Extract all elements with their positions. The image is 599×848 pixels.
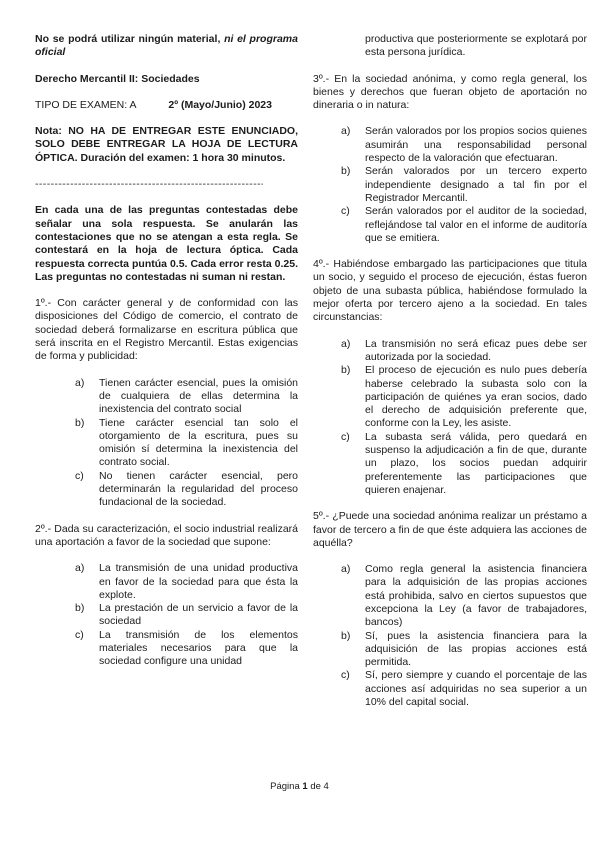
option-text: No tienen carácter esencial, pero determ… bbox=[99, 470, 298, 510]
option-text: Tienen carácter esencial, pues la omisió… bbox=[99, 377, 298, 417]
option-row: b)El proceso de ejecución es nulo pues d… bbox=[341, 364, 587, 430]
left-column: No se podrá utilizar ningún material, ni… bbox=[35, 33, 298, 722]
option-row: b)Serán valorados por un tercero experto… bbox=[341, 165, 587, 205]
option-row: b)Sí, pues la asistencia financiera para… bbox=[341, 630, 587, 670]
question-5: 5º.- ¿Puede una sociedad anónima realiza… bbox=[313, 510, 587, 709]
option-label: b) bbox=[341, 364, 365, 430]
option-label: a) bbox=[341, 338, 365, 365]
option-row: a)Tienen carácter esencial, pues la omis… bbox=[75, 377, 298, 417]
option-row: c)No tienen carácter esencial, pero dete… bbox=[75, 470, 298, 510]
instructions-paragraph: En cada una de las preguntas contestadas… bbox=[35, 204, 298, 284]
option-text: El proceso de ejecución es nulo pues deb… bbox=[365, 364, 587, 430]
option-label: a) bbox=[341, 125, 365, 165]
question-2: 2º.- Dada su caracterización, el socio i… bbox=[35, 523, 298, 669]
option-row: a)Serán valorados por los propios socios… bbox=[341, 125, 587, 165]
option-label: c) bbox=[75, 629, 99, 669]
option-text: La subasta será válida, pero quedará en … bbox=[365, 431, 587, 497]
question-1: 1º.- Con carácter general y de conformid… bbox=[35, 297, 298, 509]
option-row: a)La transmisión no será eficaz pues deb… bbox=[341, 338, 587, 365]
question-3: 3º.- En la sociedad anónima, y como regl… bbox=[313, 73, 587, 246]
question-1-text: 1º.- Con carácter general y de conformid… bbox=[35, 297, 298, 363]
option-row: c)Sí, pero siempre y cuando el porcentaj… bbox=[341, 669, 587, 709]
question-2-option-c-continuation: productiva que posteriormente se explota… bbox=[313, 33, 587, 60]
course-title: Derecho Mercantil II: Sociedades bbox=[35, 73, 298, 86]
question-4-text: 4º.- Habiéndose embargado las participac… bbox=[313, 258, 587, 324]
option-row: b)Tiene carácter esencial tan solo el ot… bbox=[75, 417, 298, 470]
two-column-layout: No se podrá utilizar ningún material, ni… bbox=[0, 0, 599, 722]
option-row: b)La prestación de un servicio a favor d… bbox=[75, 602, 298, 629]
option-label: c) bbox=[341, 205, 365, 245]
exam-type-row: TIPO DE EXAMEN: A 2º (Mayo/Junio) 2023 bbox=[35, 99, 298, 112]
exam-note: Nota: NO HA DE ENTREGAR ESTE ENUNCIADO, … bbox=[35, 125, 298, 165]
question-3-number: 3º.- bbox=[313, 73, 329, 85]
option-text: Sí, pues la asistencia financiera para l… bbox=[365, 630, 587, 670]
question-3-options: a)Serán valorados por los propios socios… bbox=[313, 125, 587, 245]
option-text: Sí, pero siempre y cuando el porcentaje … bbox=[365, 669, 587, 709]
option-label: c) bbox=[341, 431, 365, 497]
footer-page-number: 1 bbox=[302, 781, 307, 792]
option-label: a) bbox=[341, 563, 365, 629]
option-label: b) bbox=[75, 602, 99, 629]
exam-page: No se podrá utilizar ningún material, ni… bbox=[0, 0, 599, 848]
option-row: c)La transmisión de los elementos materi… bbox=[75, 629, 298, 669]
option-text: La prestación de un servicio a favor de … bbox=[99, 602, 298, 629]
exam-type-label: TIPO DE EXAMEN: A bbox=[35, 99, 137, 112]
option-row: c)Serán valorados por el auditor de la s… bbox=[341, 205, 587, 245]
question-2-options: a)La transmisión de una unidad productiv… bbox=[35, 562, 298, 668]
option-text: Como regla general la asistencia financi… bbox=[365, 563, 587, 629]
option-label: a) bbox=[75, 562, 99, 602]
option-label: b) bbox=[341, 165, 365, 205]
option-text: La transmisión no será eficaz pues debe … bbox=[365, 338, 587, 365]
option-row: a)La transmisión de una unidad productiv… bbox=[75, 562, 298, 602]
question-5-options: a)Como regla general la asistencia finan… bbox=[313, 563, 587, 709]
option-label: c) bbox=[75, 470, 99, 510]
material-restriction-note: No se podrá utilizar ningún material, ni… bbox=[35, 33, 298, 60]
question-5-number: 5º.- bbox=[313, 510, 329, 522]
question-4-number: 4º.- bbox=[313, 258, 329, 270]
option-text: Serán valorados por un tercero experto i… bbox=[365, 165, 587, 205]
separator-line: ----------------------------------------… bbox=[35, 178, 263, 191]
exam-session: 2º (Mayo/Junio) 2023 bbox=[168, 99, 272, 112]
question-2-text: 2º.- Dada su caracterización, el socio i… bbox=[35, 523, 298, 550]
question-5-text: 5º.- ¿Puede una sociedad anónima realiza… bbox=[313, 510, 587, 550]
option-row: c)La subasta será válida, pero quedará e… bbox=[341, 431, 587, 497]
right-column: productiva que posteriormente se explota… bbox=[313, 33, 587, 722]
option-label: a) bbox=[75, 377, 99, 417]
question-1-options: a)Tienen carácter esencial, pues la omis… bbox=[35, 377, 298, 510]
question-4-options: a)La transmisión no será eficaz pues deb… bbox=[313, 338, 587, 498]
option-text: La transmisión de los elementos material… bbox=[99, 629, 298, 669]
option-text: Tiene carácter esencial tan solo el otor… bbox=[99, 417, 298, 470]
restriction-text: No se podrá utilizar ningún material, bbox=[35, 33, 224, 45]
option-text: Serán valorados por los propios socios q… bbox=[365, 125, 587, 165]
question-1-number: 1º.- bbox=[35, 297, 51, 309]
footer-suffix: de 4 bbox=[310, 781, 329, 792]
option-label: c) bbox=[341, 669, 365, 709]
option-text: La transmisión de una unidad productiva … bbox=[99, 562, 298, 602]
option-label: b) bbox=[75, 417, 99, 470]
page-footer: Página 1 de 4 bbox=[0, 780, 599, 793]
question-3-text: 3º.- En la sociedad anónima, y como regl… bbox=[313, 73, 587, 113]
question-2-number: 2º.- bbox=[35, 523, 51, 535]
option-text: Serán valorados por el auditor de la soc… bbox=[365, 205, 587, 245]
question-4: 4º.- Habiéndose embargado las participac… bbox=[313, 258, 587, 497]
footer-prefix: Página bbox=[270, 781, 300, 792]
option-label: b) bbox=[341, 630, 365, 670]
option-row: a)Como regla general la asistencia finan… bbox=[341, 563, 587, 629]
